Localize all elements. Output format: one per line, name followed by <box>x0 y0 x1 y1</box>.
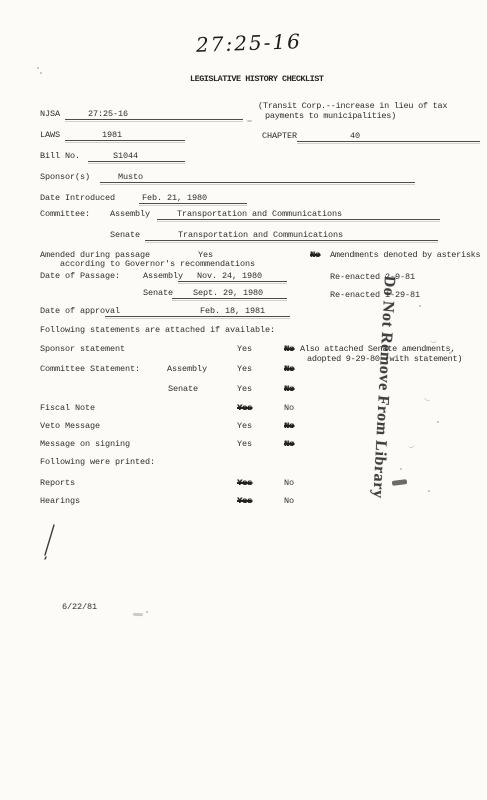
subject-line-1: (Transit Corp.--increase in lieu of tax <box>258 101 447 111</box>
statement-row-sublabel: Senate <box>168 384 198 394</box>
bill-number-value: S1044 <box>113 151 138 161</box>
passage-senate-underline <box>172 298 287 299</box>
printed-row-label: Reports <box>40 478 75 488</box>
printed-heading: Following were printed: <box>40 457 155 467</box>
statement-yes-value: Yes <box>237 364 252 374</box>
statement-no-value-struck: No <box>284 384 294 394</box>
committee-senate-label: Senate <box>110 230 140 240</box>
statement-yes-value-struck: Yes <box>237 403 252 413</box>
statement-no-value-struck: No <box>284 364 294 374</box>
compile-date-stamp: 6/22/81 <box>62 602 97 612</box>
bill-number-label: Bill No. <box>40 151 80 161</box>
statement-yes-value: Yes <box>237 384 252 394</box>
amended-note: Amendments denoted by asterisks <box>330 250 480 260</box>
statement-no-value: No <box>284 403 294 413</box>
statement-yes-value: Yes <box>237 439 252 449</box>
passage-assembly-value: Nov. 24, 1980 <box>197 271 262 281</box>
statement-yes-value: Yes <box>237 421 252 431</box>
njsa-underline <box>65 119 243 120</box>
committee-senate-value: Transportation and Communications <box>178 230 343 240</box>
laws-label: LAWS <box>40 130 60 140</box>
printed-yes-value-struck: Yes <box>237 478 252 488</box>
subject-line-2: payments to municipalities) <box>265 111 396 121</box>
scan-artifact <box>430 338 437 343</box>
njsa-value: 27:25-16 <box>88 109 128 119</box>
library-stamp: Do Not Remove From Library <box>372 275 394 499</box>
sponsors-label: Sponsor(s) <box>40 172 90 182</box>
committee-assembly-label: Assembly <box>110 209 150 219</box>
committee-senate-underline <box>145 240 438 241</box>
sponsors-underline <box>100 182 415 183</box>
scanned-document-page: 27:25-16 LEGISLATIVE HISTORY CHECKLIST N… <box>0 0 487 800</box>
statement-row-sublabel: Assembly <box>167 364 207 374</box>
date-introduced-label: Date Introduced <box>40 193 115 203</box>
approval-label: Date of approval <box>40 306 120 316</box>
amended-sublabel: according to Governor's recommendations <box>60 259 255 269</box>
statement-row-label: Message on signing <box>40 439 130 449</box>
printed-no-value: No <box>284 496 294 506</box>
printed-yes-value-struck: Yes <box>237 496 252 506</box>
chapter-underline <box>297 141 480 142</box>
scan-artifact <box>40 72 42 74</box>
scan-artifact <box>133 613 143 617</box>
printed-no-value: No <box>284 478 294 488</box>
passage-assembly-underline <box>178 281 287 282</box>
scan-artifact <box>146 611 148 613</box>
handwritten-citation: 27:25-16 <box>196 36 302 50</box>
scan-artifact <box>407 442 415 449</box>
amended-no-value-struck: No <box>310 250 320 260</box>
sponsors-value: Musto <box>118 172 143 182</box>
njsa-label: NJSA <box>40 109 60 119</box>
statements-heading: Following statements are attached if ava… <box>40 325 275 335</box>
scan-artifact <box>247 120 252 122</box>
scan-artifact <box>449 352 451 354</box>
passage-assembly-label: Assembly <box>143 271 183 281</box>
scan-artifact <box>419 305 421 307</box>
committee-assembly-value: Transportation and Communications <box>177 209 342 219</box>
statement-yes-value: Yes <box>237 344 252 354</box>
handwritten-slash-mark <box>42 522 58 560</box>
page-title: LEGISLATIVE HISTORY CHECKLIST <box>190 74 323 84</box>
passage-senate-note: Re-enacted 1-29-81 <box>330 290 420 300</box>
statement-row-label: Committee Statement: <box>40 364 140 374</box>
statement-no-value-struck: No <box>284 421 294 431</box>
date-introduced-underline <box>139 203 247 204</box>
scan-artifact <box>400 468 402 470</box>
date-introduced-value: Feb. 21, 1980 <box>142 193 207 203</box>
scan-artifact <box>437 421 439 423</box>
laws-value: 1981 <box>102 130 122 140</box>
laws-underline <box>65 140 185 141</box>
scan-artifact <box>37 67 39 69</box>
statement-no-value-struck: No <box>284 439 294 449</box>
passage-label: Date of Passage: <box>40 271 120 281</box>
printed-row-label: Hearings <box>40 496 80 506</box>
statement-row-label: Veto Message <box>40 421 100 431</box>
approval-value: Feb. 18, 1981 <box>200 306 265 316</box>
committee-label: Committee: <box>40 209 90 219</box>
scan-artifact <box>392 479 407 486</box>
statement-row-label: Sponsor statement <box>40 344 125 354</box>
chapter-value: 40 <box>350 131 360 141</box>
chapter-label: CHAPTER <box>262 131 297 141</box>
passage-senate-value: Sept. 29, 1980 <box>193 288 263 298</box>
statement-no-value-struck: No <box>284 344 294 354</box>
passage-senate-label: Senate <box>143 288 173 298</box>
passage-assembly-note: Re-enacted 2-9-81 <box>330 272 415 282</box>
scan-artifact <box>423 395 431 402</box>
scan-artifact <box>428 490 430 492</box>
bill-underline <box>88 161 185 162</box>
statement-row-label: Fiscal Note <box>40 403 95 413</box>
committee-assembly-underline <box>157 219 440 220</box>
approval-underline <box>105 316 290 317</box>
